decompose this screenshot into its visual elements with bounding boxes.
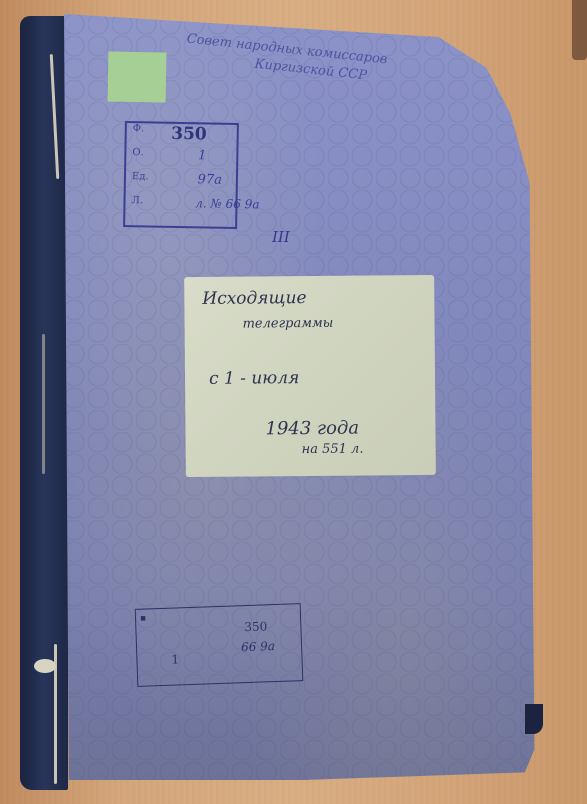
stamp-delo: 66 9а xyxy=(241,639,275,654)
label-line-2: телеграммы xyxy=(242,316,333,332)
stamp-row-fond: Ф. 350 xyxy=(126,123,236,149)
dark-object-edge xyxy=(572,0,587,60)
stamp-label: Л. xyxy=(131,195,143,206)
stamp-value: 1 xyxy=(198,148,207,163)
binding-string-middle xyxy=(42,334,45,474)
stamp-label: Ед. xyxy=(132,171,149,182)
string-knot xyxy=(34,659,56,673)
label-line-3: с 1 - июля xyxy=(209,368,299,389)
stamp-value: 350 xyxy=(171,124,207,145)
stamp-value: л. № 66 9а xyxy=(195,196,260,211)
label-line-1: Исходящие xyxy=(202,288,306,309)
roman-numeral-mark: III xyxy=(272,228,290,246)
stamp-opis: 1 xyxy=(171,652,179,666)
stamp-mark: ▪ xyxy=(140,614,146,624)
archive-stamp-bottom: ▪ 350 1 66 9а xyxy=(135,603,304,687)
label-line-4: 1943 года xyxy=(265,418,359,440)
stamp-row-list: Л. л. № 66 9а xyxy=(125,195,235,221)
archival-folder: Совет народных комиссаров Киргизской ССР… xyxy=(20,14,550,794)
stamp-row-delo: Ед. 97а xyxy=(126,171,236,197)
archive-stamp-top: Ф. 350 О. 1 Ед. 97а Л. л. № 66 9а xyxy=(123,121,239,229)
stamp-label: Ф. xyxy=(133,123,145,134)
stamp-fond: 350 xyxy=(244,619,267,634)
green-sticker xyxy=(108,51,167,102)
folder-corner xyxy=(525,704,543,734)
title-paper-label: Исходящие телеграммы с 1 - июля 1943 год… xyxy=(184,275,436,477)
stamp-value: 97а xyxy=(197,172,222,187)
label-line-5: на 551 л. xyxy=(302,442,364,458)
stamp-row-opis: О. 1 xyxy=(126,147,236,173)
stamp-label: О. xyxy=(132,147,144,158)
